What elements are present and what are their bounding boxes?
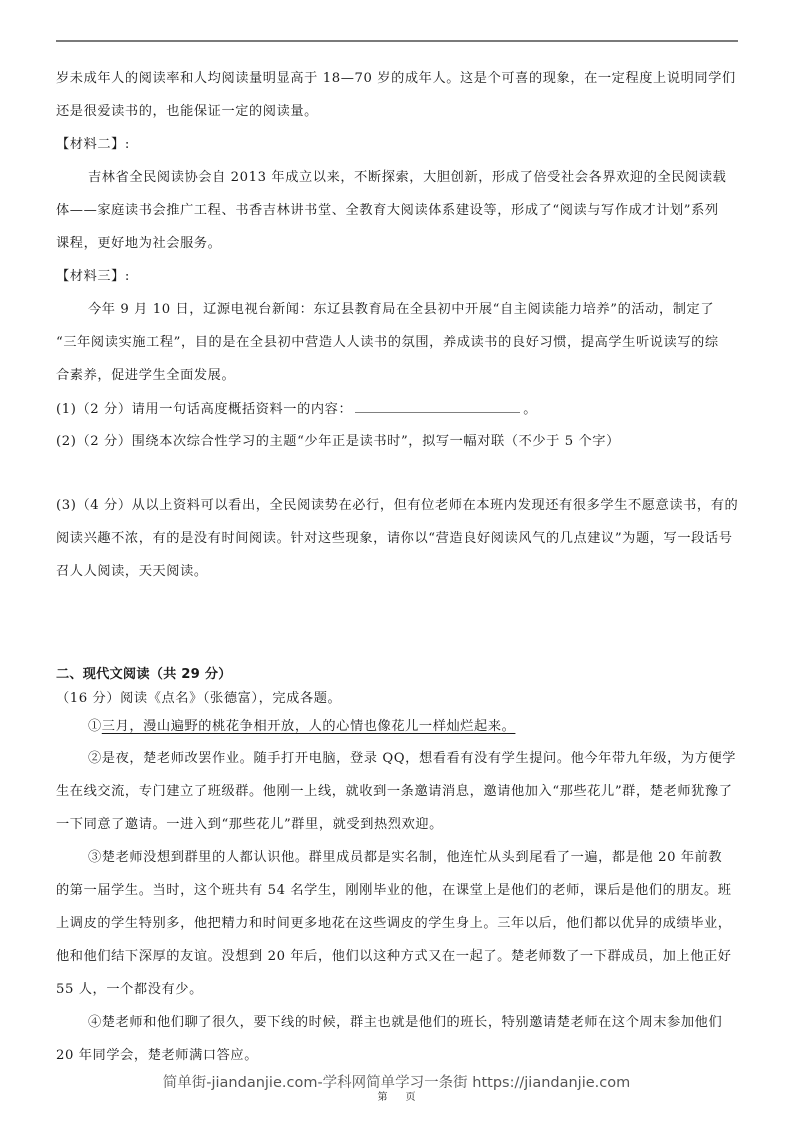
question-2-score: （2 分） bbox=[76, 434, 131, 449]
page-prefix: 第 bbox=[378, 1088, 388, 1103]
material-three-line-3: 合素养，促进学生全面发展。 bbox=[56, 367, 740, 385]
material-three-label: 【材料三】: bbox=[56, 268, 740, 286]
page-number: 第页 bbox=[0, 1088, 793, 1103]
question-2: (2)（2 分）围绕本次综合性学习的主题“少年正是读书时”，拟写一幅对联（不少于… bbox=[56, 433, 740, 451]
material-two-line-3: 课程，更好地为社会服务。 bbox=[56, 235, 740, 253]
paragraph-3-line-2: 的第一届学生。当时，这个班共有 54 名学生，刚刚毕业的他，在课堂上是他们的老师… bbox=[56, 882, 740, 900]
paragraph-1: ①三月，漫山遍野的桃花争相开放，人的心情也像花儿一样灿烂起来。 bbox=[88, 718, 740, 736]
material-three-line-2: “三年阅读实施工程”，目的是在全县初中营造人人读书的氛围，养成读书的良好习惯，提… bbox=[56, 334, 740, 352]
paragraph-2-text-1: 是夜，楚老师改罢作业。随手打开电脑，登录 QQ，想看看有没有学生提问。他今年带九… bbox=[102, 751, 736, 766]
section-two-heading: 二、现代文阅读（共 29 分） bbox=[56, 666, 740, 684]
question-3-text-1: 从以上资料可以看出，全民阅读势在必行，但有位老师在本班内发现还有很多学生不愿意读… bbox=[132, 498, 739, 513]
material-one-line-1: 岁未成年人的阅读率和人均阅读量明显高于 18—70 岁的成年人。这是个可喜的现象… bbox=[56, 70, 740, 88]
paragraph-4-text-1: 楚老师和他们聊了很久，要下线的时候，群主也就是他们的班长，特别邀请楚老师在这个周… bbox=[102, 1015, 722, 1030]
paragraph-3-marker: ③ bbox=[88, 850, 102, 865]
paragraph-3-line-4: 他和他们结下深厚的友谊。没想到 20 年后，他们以这种方式又在一起了。楚老师数了… bbox=[56, 948, 740, 966]
paragraph-4-marker: ④ bbox=[88, 1015, 102, 1030]
paragraph-3-line-3: 上调皮的学生特别多，他把精力和时间更多地花在这些调皮的学生身上。三年以后，他们都… bbox=[56, 915, 740, 933]
paragraph-4-line-1: ④楚老师和他们聊了很久，要下线的时候，群主也就是他们的班长，特别邀请楚老师在这个… bbox=[88, 1014, 740, 1032]
paragraph-2-line-2: 生在线交流，专门建立了班级群。他刚一上线，就收到一条邀请消息，邀请他加入“那些花… bbox=[56, 783, 740, 801]
question-3-line-3: 召人人阅读，天天阅读。 bbox=[56, 563, 740, 581]
question-1-score: （2 分） bbox=[76, 402, 131, 417]
material-two-line-2: 体——家庭读书会推广工程、书香吉林讲书堂、全教育大阅读体系建设等，形成了“阅读与… bbox=[56, 202, 740, 220]
question-1-suffix: 。 bbox=[523, 402, 537, 417]
header-rule bbox=[56, 40, 738, 42]
section-two-intro: （16 分）阅读《点名》（张德富），完成各题。 bbox=[56, 690, 740, 708]
paragraph-1-underlined-text: 三月，漫山遍野的桃花争相开放，人的心情也像花儿一样灿烂起来。 bbox=[102, 719, 516, 734]
paragraph-3-line-5: 55 人，一个都没有少。 bbox=[56, 981, 740, 999]
question-1-text: 请用一句话高度概括资料一的内容： bbox=[132, 402, 353, 417]
paragraph-1-marker: ① bbox=[88, 719, 102, 734]
question-3-score: （4 分） bbox=[76, 498, 131, 513]
paragraph-2-line-1: ②是夜，楚老师改罢作业。随手打开电脑，登录 QQ，想看看有没有学生提问。他今年带… bbox=[88, 750, 740, 768]
question-1-answer-blank[interactable] bbox=[355, 400, 520, 413]
question-3-line-2: 阅读兴趣不浓，有的是没有时间阅读。针对这些现象，请你以“营造良好阅读风气的几点建… bbox=[56, 530, 740, 548]
paragraph-3-text-1: 楚老师没想到群里的人都认识他。群里成员都是实名制，他连忙从头到尾看了一遍，都是他… bbox=[102, 850, 722, 865]
question-1-number: (1) bbox=[56, 402, 76, 417]
paragraph-3-line-1: ③楚老师没想到群里的人都认识他。群里成员都是实名制，他连忙从头到尾看了一遍，都是… bbox=[88, 849, 740, 867]
paragraph-4-line-2: 20 年同学会，楚老师满口答应。 bbox=[56, 1047, 740, 1065]
page-suffix: 页 bbox=[406, 1088, 416, 1103]
paragraph-2-line-3: 一下同意了邀请。一进入到“那些花儿”群里，就受到热烈欢迎。 bbox=[56, 816, 740, 834]
question-1: (1)（2 分）请用一句话高度概括资料一的内容：。 bbox=[56, 400, 740, 419]
material-three-line-1: 今年 9 月 10 日，辽源电视台新闻：东辽县教育局在全县初中开展“自主阅读能力… bbox=[88, 301, 740, 319]
question-3-number: (3) bbox=[56, 498, 76, 513]
material-two-label: 【材料二】: bbox=[56, 136, 740, 154]
paragraph-2-marker: ② bbox=[88, 751, 102, 766]
material-two-line-1: 吉林省全民阅读协会自 2013 年成立以来，不断探索，大胆创新，形成了倍受社会各… bbox=[88, 169, 740, 187]
question-2-text: 围绕本次综合性学习的主题“少年正是读书时”，拟写一幅对联（不少于 5 个字） bbox=[132, 434, 620, 449]
question-3-line-1: (3)（4 分）从以上资料可以看出，全民阅读势在必行，但有位老师在本班内发现还有… bbox=[56, 497, 740, 515]
material-one-line-2: 还是很爱读书的，也能保证一定的阅读量。 bbox=[56, 103, 740, 121]
question-2-number: (2) bbox=[56, 434, 76, 449]
